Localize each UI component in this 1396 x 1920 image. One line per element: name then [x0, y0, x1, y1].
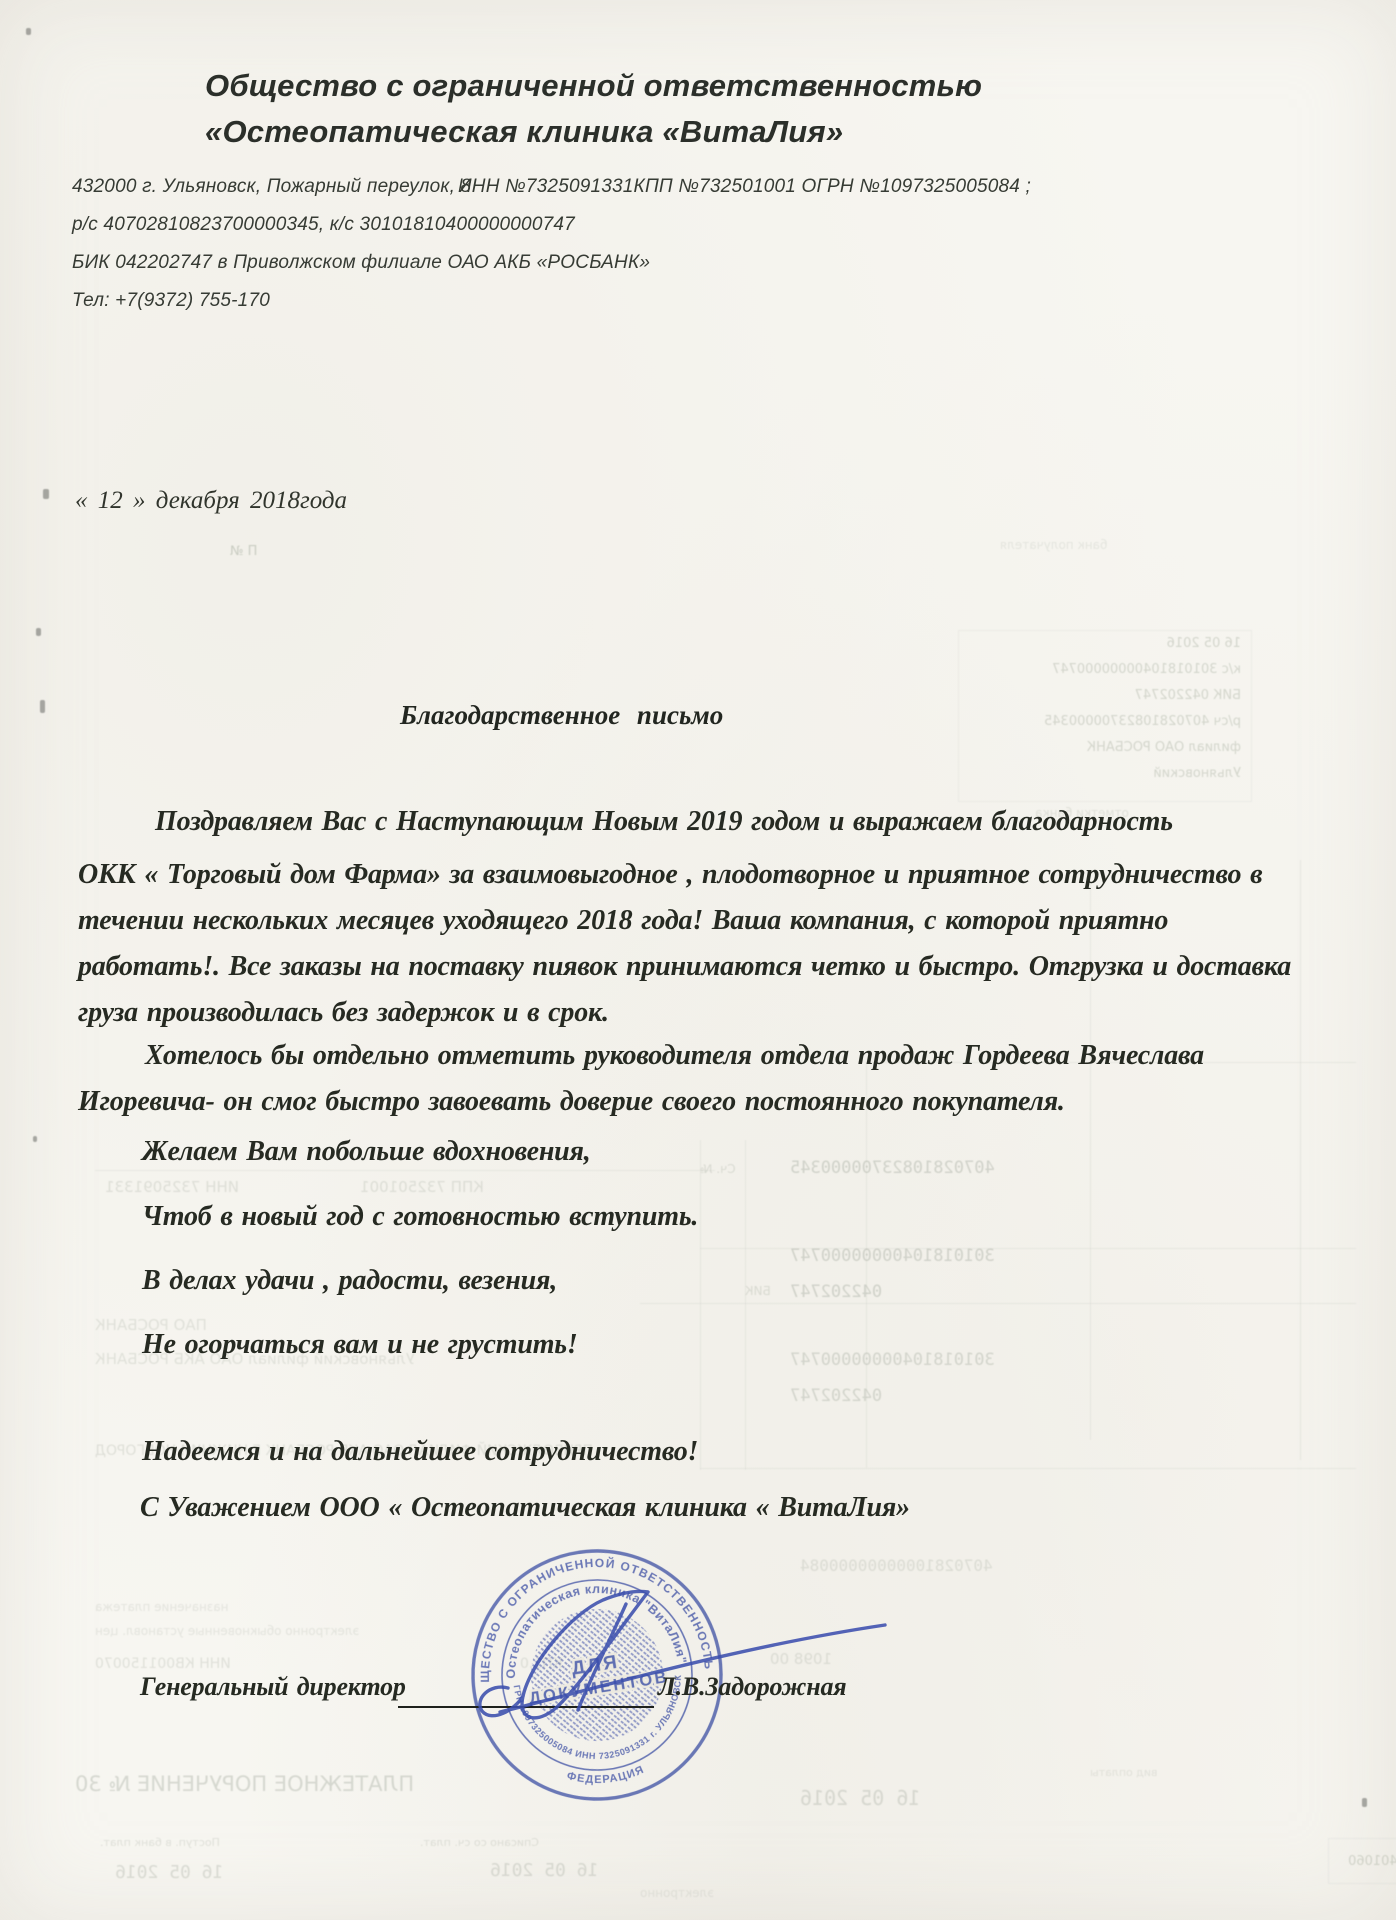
ghost-text-fragment: 042202747	[790, 1282, 882, 1302]
ghost-text-fragment: № П	[230, 544, 257, 559]
closing-cooperation: Надеемся и на дальнейшее сотрудничество!	[142, 1436, 698, 1468]
ghost-text-fragment: Поступ. в банк плат.	[100, 1836, 220, 1849]
ghost-text-fragment: Списано со сч. плат.	[420, 1836, 539, 1849]
poem-line-1: Желаем Вам побольше вдохновения,	[142, 1136, 591, 1168]
ghost-payment-line: р/сч 40702810823700000345	[959, 709, 1251, 735]
scan-speck	[36, 628, 41, 636]
ghost-text-fragment: 40702810823700000345	[790, 1158, 995, 1178]
ghost-text-fragment: электронно	[640, 1886, 714, 1900]
closing-respect: С Уважением ООО « Остеопатическая клиник…	[140, 1492, 910, 1524]
ghost-grid-line	[745, 1140, 746, 1470]
signature-descender-stroke	[578, 1604, 626, 1710]
ghost-grid-line	[640, 1303, 1356, 1304]
paragraph-gratitude-line1: ОКК « Торговый дом Фарма» за взаимовыгод…	[78, 852, 1291, 898]
ghost-text-fragment: 30101810400000000747	[790, 1350, 995, 1370]
ghost-text-fragment: ИНН 7325091331	[105, 1178, 239, 1196]
requisites-inn-kpp-ogrn: ИНН №7325091331КПП №732501001 ОГРН №1097…	[458, 176, 1031, 198]
paragraph-gratitude-line4: груза производилась без задержок и в сро…	[78, 990, 1291, 1036]
ghost-text-fragment: 042202747	[790, 1386, 882, 1406]
ghost-text-fragment: 16 05 2016	[490, 1860, 598, 1881]
ghost-grid-line	[95, 1170, 715, 1171]
scan-speck	[43, 489, 49, 499]
ghost-text-fragment: банк получателя	[1000, 538, 1107, 552]
paragraph-gratitude-line3: работать!. Все заказы на поставку пиявок…	[78, 944, 1291, 990]
ghost-text-fragment: 30101810400000000747	[790, 1246, 995, 1266]
paragraph-gratitude-line2: течении нескольких месяцев уходящего 201…	[78, 898, 1291, 944]
ghost-payment-line: Ульяновский	[959, 761, 1251, 787]
scan-speck	[33, 1136, 37, 1142]
ghost-payment-line: филиал ОАО РОСБАНК	[959, 735, 1251, 761]
paragraph-manager-line1: Хотелось бы отдельно отметить руководите…	[145, 1040, 1204, 1072]
ghost-grid-line	[700, 1140, 701, 1470]
letterhead-line1: Общество с ограниченной ответственностью	[205, 68, 982, 104]
scan-speck	[26, 28, 31, 35]
scanned-letter-page: банк получателя№ Потметки банкаИНН 73250…	[0, 0, 1396, 1920]
ghost-form-code: 0401060	[1329, 1839, 1396, 1875]
poem-line-3: В делах удачи , радости, везения,	[142, 1265, 557, 1297]
ghost-text-fragment: 16 05 2016	[115, 1862, 223, 1883]
date-line: « 12 » декабря 2018года	[75, 487, 347, 515]
ghost-form-code-box: 0401060	[1328, 1838, 1396, 1884]
ghost-text-fragment: ИНН КВ001150070	[95, 1656, 231, 1672]
ghost-payment-line: 16 05 2016	[959, 631, 1251, 657]
requisites-accounts: р/с 40702810823700000345, к/с 3010181040…	[72, 214, 575, 236]
poem-line-4: Не огорчаться вам и не грустить!	[142, 1329, 578, 1361]
paragraph-greeting: Поздравляем Вас с Наступающим Новым 2019…	[155, 806, 1173, 838]
ghost-payment-block: 16 05 2016к/с 30101810400000000747БИК 04…	[958, 630, 1252, 802]
paragraph-gratitude: ОКК « Торговый дом Фарма» за взаимовыгод…	[78, 852, 1291, 1036]
requisites-phone: Тел: +7(9372) 755-170	[72, 290, 270, 312]
handwritten-signature	[430, 1552, 950, 1752]
signature-role: Генеральный директор	[140, 1672, 406, 1702]
scan-speck	[40, 700, 45, 713]
ghost-text-fragment: электронно обыкновенные установл. цен	[95, 1624, 359, 1638]
ghost-text-fragment: Сч. №	[700, 1162, 736, 1176]
letterhead-line2: «Остеопатическая клиника «ВитаЛия»	[205, 114, 843, 150]
ghost-text-fragment: КПП 732501001	[360, 1178, 484, 1196]
paragraph-manager-line2: Игоревича- он смог быстро завоевать дове…	[78, 1086, 1065, 1118]
ghost-grid-line	[1300, 860, 1301, 1460]
ghost-text-fragment: назначение платежа	[95, 1600, 229, 1614]
ghost-text-fragment: ПЛАТЕЖНОЕ ПОРУЧЕНИЕ № 30	[75, 1772, 414, 1796]
ghost-grid-line	[700, 1468, 1356, 1469]
requisites-address: 432000 г. Ульяновск, Пожарный переулок, …	[72, 176, 471, 198]
ghost-text-fragment: БИК	[745, 1284, 771, 1298]
ghost-payment-line: к/с 30101810400000000747	[959, 657, 1251, 683]
ghost-text-fragment: 16 05 2016	[800, 1786, 920, 1810]
requisites-bank: БИК 042202747 в Приволжском филиале ОАО …	[72, 252, 650, 274]
letter-title: Благодарственное письмо	[400, 700, 723, 731]
signature-loop-stroke	[522, 1591, 648, 1717]
poem-line-2: Чтоб в новый год с готовностью вступить.	[142, 1201, 698, 1233]
ghost-payment-line: БИК 042202747	[959, 683, 1251, 709]
scan-speck	[1362, 1798, 1367, 1807]
ghost-text-fragment: вид оплаты	[1090, 1766, 1158, 1779]
